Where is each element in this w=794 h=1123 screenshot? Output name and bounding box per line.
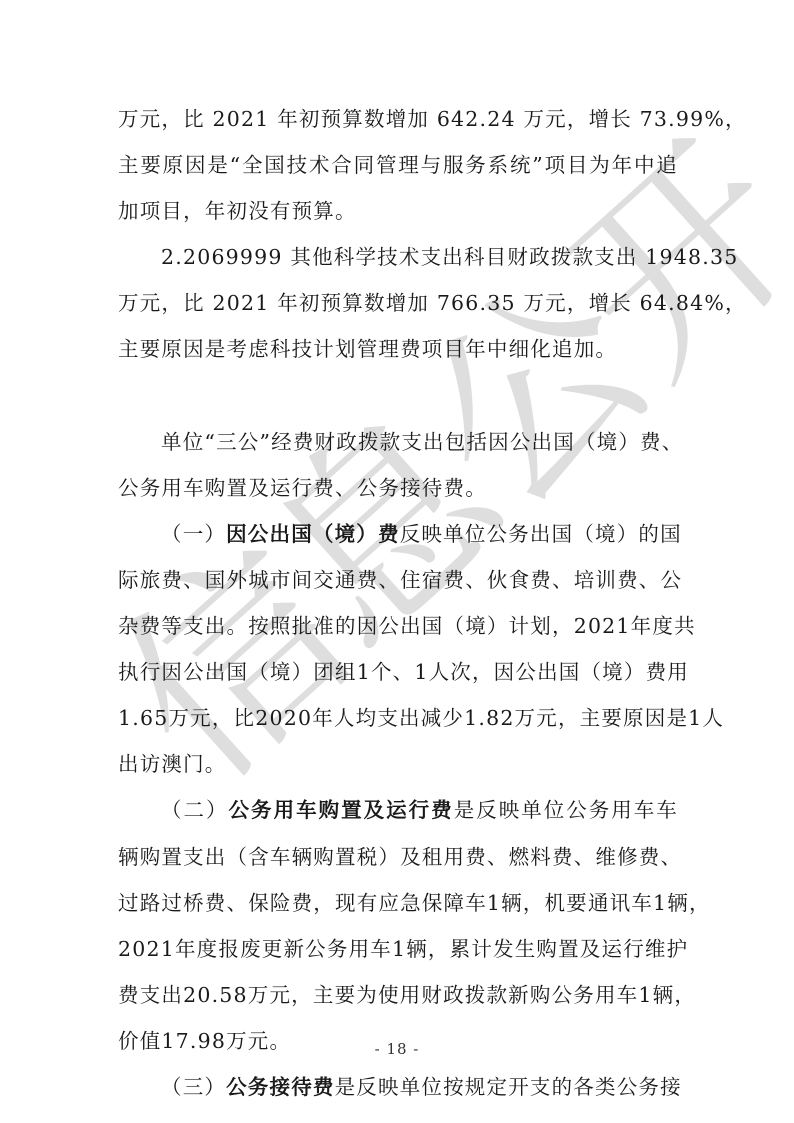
text-line: 过路过桥费、保险费，现有应急保障车1辆，机要通讯车1辆， (118, 880, 678, 926)
text-line: 万元，比 2021 年初预算数增加 642.24 万元，增长 73.99%， (118, 96, 678, 142)
paragraph-official-vehicles: （二）公务用车购置及运行费是反映单位公务用车车 辆购置支出（含车辆购置税）及租用… (118, 787, 678, 1064)
text-line: 辆购置支出（含车辆购置税）及租用费、燃料费、维修费、 (118, 834, 678, 880)
text-line: 2021年度报废更新公务用车1辆，累计发生购置及运行维护 (118, 926, 678, 972)
text-line: 加项目，年初没有预算。 (118, 188, 678, 234)
list-prefix: （二） (161, 798, 229, 822)
list-prefix: （三） (161, 1075, 226, 1099)
text-line: 单位“三公”经费财政拨款支出包括因公出国（境）费、 (118, 419, 678, 465)
text-line: 主要原因是“全国技术合同管理与服务系统”项目为年中追 (118, 142, 678, 188)
text-line: 万元，比 2021 年初预算数增加 766.35 万元，增长 64.84%， (118, 280, 678, 326)
text-line: 出访澳门。 (118, 741, 678, 787)
bold-term: 因公出国（境）费 (226, 522, 400, 546)
text-run: 是反映单位公务用车车 (454, 798, 678, 822)
paragraph-other-science-expenditure: 2.2069999 其他科学技术支出科目财政拨款支出 1948.35 万元，比 … (118, 234, 678, 372)
bold-term: 公务接待费 (226, 1075, 335, 1099)
text-line: 费支出20.58万元，主要为使用财政拨款新购公务用车1辆， (118, 972, 678, 1018)
paragraph-budget-increase-system: 万元，比 2021 年初预算数增加 642.24 万元，增长 73.99%， 主… (118, 96, 678, 234)
document-page: 信息公开 万元，比 2021 年初预算数增加 642.24 万元，增长 73.9… (0, 0, 794, 1123)
text-line: 公务用车购置及运行费、公务接待费。 (118, 465, 678, 511)
text-line: 际旅费、国外城市间交通费、住宿费、伙食费、培训费、公 (118, 557, 678, 603)
paragraph-overseas-travel: （一）因公出国（境）费反映单位公务出国（境）的国 际旅费、国外城市间交通费、住宿… (118, 511, 678, 788)
paragraph-official-reception: （三）公务接待费是反映单位按规定开支的各类公务接 (118, 1064, 678, 1110)
text-line: （一）因公出国（境）费反映单位公务出国（境）的国 (118, 511, 678, 557)
text-run: 反映单位公务出国（境）的国 (400, 522, 682, 546)
paragraph-three-public-overview: 单位“三公”经费财政拨款支出包括因公出国（境）费、 公务用车购置及运行费、公务接… (118, 419, 678, 511)
text-line: 2.2069999 其他科学技术支出科目财政拨款支出 1948.35 (118, 234, 678, 280)
section-heading (118, 373, 678, 419)
text-line: 主要原因是考虑科技计划管理费项目年中细化追加。 (118, 326, 678, 372)
bold-term: 公务用车购置及运行费 (229, 798, 454, 822)
list-prefix: （一） (161, 522, 226, 546)
text-line: （三）公务接待费是反映单位按规定开支的各类公务接 (118, 1064, 678, 1110)
page-number: - 18 - (0, 1040, 794, 1058)
document-body: 万元，比 2021 年初预算数增加 642.24 万元，增长 73.99%， 主… (118, 96, 678, 1110)
text-line: 执行因公出国（境）团组1个、1人次，因公出国（境）费用 (118, 649, 678, 695)
text-line: 1.65万元，比2020年人均支出减少1.82万元，主要原因是1人 (118, 695, 678, 741)
text-line: 杂费等支出。按照批准的因公出国（境）计划，2021年度共 (118, 603, 678, 649)
text-run: 是反映单位按规定开支的各类公务接 (335, 1075, 682, 1099)
text-line: （二）公务用车购置及运行费是反映单位公务用车车 (118, 787, 678, 833)
